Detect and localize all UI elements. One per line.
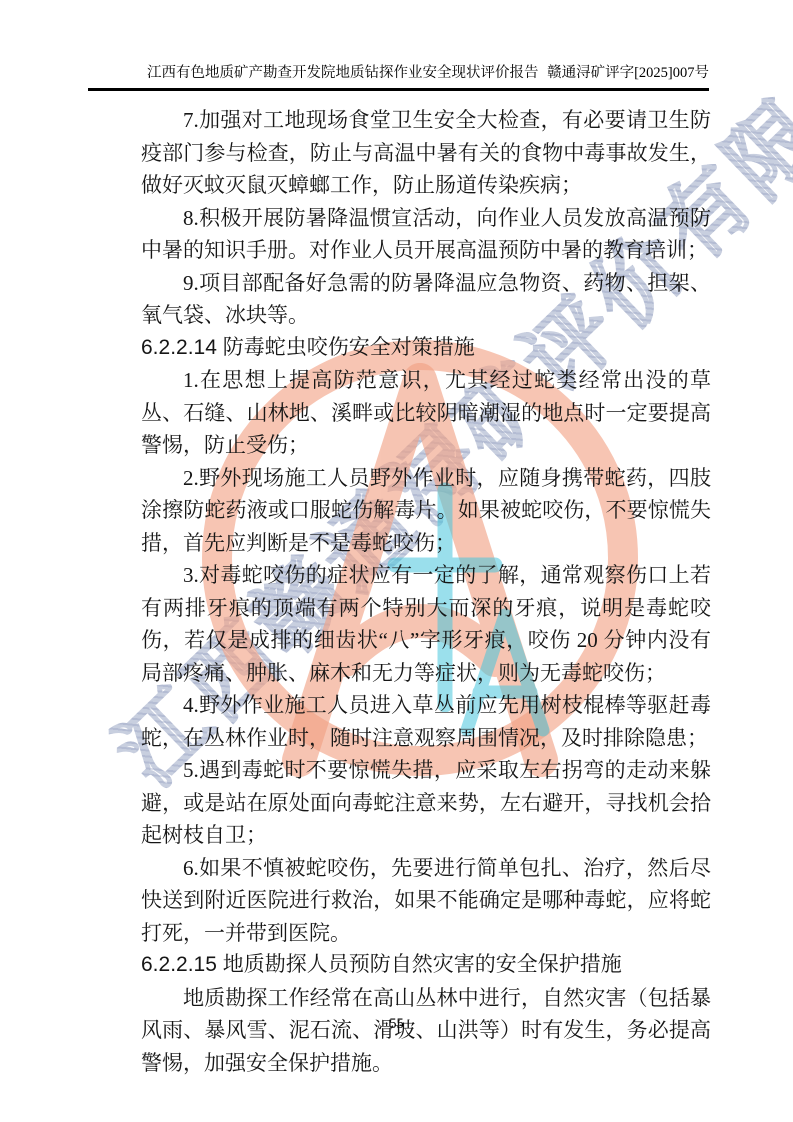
section-heading: 6.2.2.14 防毒蛇虫咬伤安全对策措施 bbox=[141, 332, 711, 365]
paragraph: 7.加强对工地现场食堂卫生安全大检查，有必要请卫生防疫部门参与检查，防止与高温中… bbox=[141, 104, 711, 202]
section-heading: 6.2.2.15 地质勘探人员预防自然灾害的安全保护措施 bbox=[141, 949, 711, 982]
paragraph: 4.野外作业施工人员进入草丛前应先用树枝棍棒等驱赶毒蛇，在丛林作业时，随时注意观… bbox=[141, 689, 711, 754]
paragraph: 2.野外现场施工人员野外作业时，应随身携带蛇药，四肢涂擦防蛇药液或口服蛇伤解毒片… bbox=[141, 462, 711, 560]
document-page: 江西赣通浔矿评价有限公司 江西有色地质矿产勘查开发院地 bbox=[0, 0, 793, 1122]
header-rule bbox=[88, 88, 709, 91]
paragraph: 8.积极开展防暑降温惯宣活动，向作业人员发放高温预防中暑的知识手册。对作业人员开… bbox=[141, 202, 711, 267]
paragraph: 9.项目部配备好急需的防暑降温应急物资、药物、担架、氧气袋、冰块等。 bbox=[141, 267, 711, 332]
page-number: 55 bbox=[389, 1016, 404, 1032]
document-body: 7.加强对工地现场食堂卫生安全大检查，有必要请卫生防疫部门参与检查，防止与高温中… bbox=[141, 104, 711, 1079]
header-report-title: 江西有色地质矿产勘查开发院地质钻探作业安全现状评价报告 bbox=[147, 63, 539, 83]
paragraph: 3.对毒蛇咬伤的症状应有一定的了解，通常观察伤口上若有两排牙痕的顶端有两个特别大… bbox=[141, 559, 711, 689]
paragraph: 1.在思想上提高防范意识，尤其经过蛇类经常出没的草丛、石缝、山林地、溪畔或比较阴… bbox=[141, 364, 711, 462]
paragraph: 6.如果不慎被蛇咬伤，先要进行简单包扎、治疗，然后尽快送到附近医院进行救治，如果… bbox=[141, 852, 711, 950]
header-document-number: 赣通浔矿评字[2025]007号 bbox=[547, 63, 709, 83]
paragraph: 5.遇到毒蛇时不要惊慌失措，应采取左右拐弯的走动来躲避，或是站在原处面向毒蛇注意… bbox=[141, 754, 711, 852]
page-footer: 55 bbox=[0, 1016, 793, 1033]
page-header: 江西有色地质矿产勘查开发院地质钻探作业安全现状评价报告 赣通浔矿评字[2025]… bbox=[147, 63, 709, 83]
